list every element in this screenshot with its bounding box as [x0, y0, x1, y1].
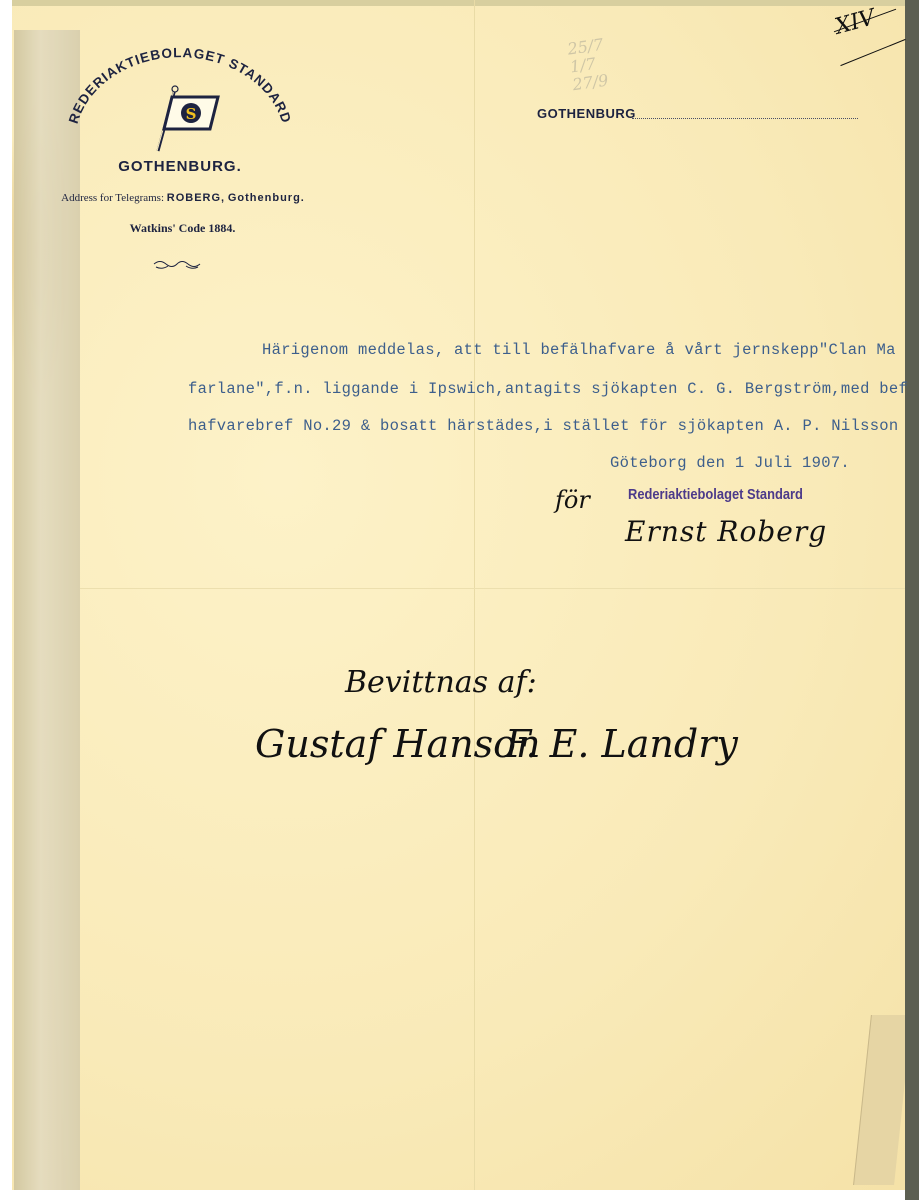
director-signature: Ernst Roberg [625, 515, 827, 548]
watkins-code: Watkins' Code 1884. [90, 221, 275, 236]
place-label: GOTHENBURG [537, 106, 636, 121]
telegrams-suffix: Gothenburg. [228, 192, 305, 204]
telegram-address: Address for Telegrams: ROBERG, Gothenbur… [58, 192, 308, 204]
telegrams-prefix: Address for Telegrams: [61, 192, 164, 204]
repair-tape-strip [14, 30, 80, 1190]
letterhead-city: GOTHENBURG. [90, 158, 270, 175]
telegrams-code: ROBERG, [167, 192, 225, 204]
company-logo: REDERIAKTIEBOLAGET STANDARD S [60, 30, 300, 160]
pencil-notes: 25/7 1/7 27/9 [566, 36, 609, 94]
company-stamp: Rederiaktiebolaget Standard [628, 486, 803, 503]
place-fill-line [632, 118, 858, 119]
house-flag-icon: S [152, 85, 222, 155]
body-line-2: farlane",f.n. liggande i Ipswich,antagit… [188, 380, 908, 398]
witness-signature-2: F. E. Landry [505, 722, 738, 766]
for-handwritten: för [555, 486, 590, 514]
sheet-top-edge [12, 0, 907, 6]
svg-text:S: S [186, 105, 197, 123]
letter-sheet [12, 0, 907, 1190]
vertical-fold-line [474, 0, 475, 1190]
date-line: Göteborg den 1 Juli 1907. [610, 454, 850, 472]
witness-heading: Bevittnas af: [345, 665, 537, 700]
witness-signature-1: Gustaf Hanson [255, 722, 541, 766]
scanner-edge [905, 0, 919, 1200]
horizontal-fold-line [80, 588, 905, 589]
body-line-1: Härigenom meddelas, att till befälhafvar… [262, 341, 896, 359]
body-line-3: hafvarebref No.29 & bosatt härstädes,i s… [188, 417, 899, 435]
flourish-ornament-icon [152, 257, 202, 271]
